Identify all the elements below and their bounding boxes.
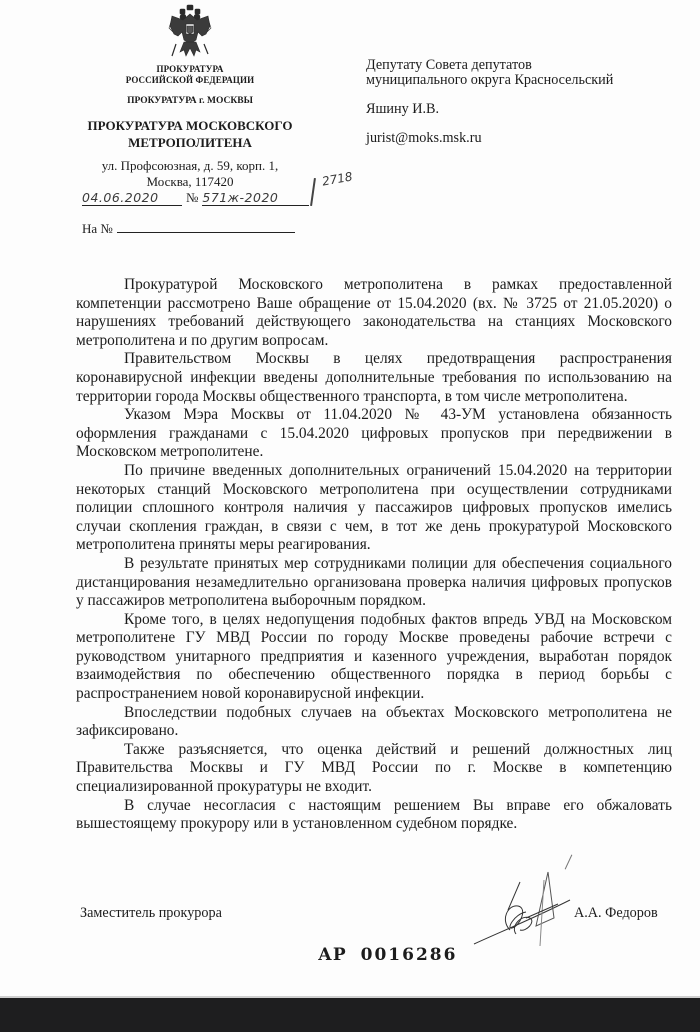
reply-to-blank-line bbox=[117, 220, 295, 233]
divider-stroke bbox=[310, 178, 316, 206]
number-sign: № bbox=[186, 190, 198, 205]
pen-tick-mark bbox=[565, 855, 573, 870]
document-page: ПРОКУРАТУРА РОССИЙСКОЙ ФЕДЕРАЦИИ ПРОКУРА… bbox=[0, 0, 700, 996]
office-address-line1: ул. Профсоюзная, д. 59, корп. 1, bbox=[70, 158, 310, 174]
signatory-title: Заместитель прокурора bbox=[80, 905, 222, 922]
reply-to-label: На № bbox=[82, 221, 113, 236]
addressee-block: Депутату Совета депутатов муниципального… bbox=[366, 58, 613, 146]
body-paragraph: Впоследствии подобных случаев на объекта… bbox=[76, 704, 672, 741]
viewer-bottom-bar bbox=[0, 996, 700, 1032]
letter-body: Прокуратурой Московского метрополитена в… bbox=[76, 276, 672, 834]
addressee-line2: муниципального округа Красносельский bbox=[366, 73, 613, 88]
body-paragraph: В случае несогласия с настоящим решением… bbox=[76, 797, 672, 834]
body-paragraph: Правительством Москвы в целях предотвращ… bbox=[76, 350, 672, 406]
body-paragraph: В результате принятых мер сотрудниками п… bbox=[76, 555, 672, 611]
office-name-line2: МЕТРОПОЛИТЕНА bbox=[70, 134, 310, 151]
body-paragraph: Также разъясняется, что оценка действий … bbox=[76, 741, 672, 797]
letterhead: ПРОКУРАТУРА РОССИЙСКОЙ ФЕДЕРАЦИИ ПРОКУРА… bbox=[70, 4, 310, 190]
agency-name-line1: ПРОКУРАТУРА bbox=[70, 64, 310, 75]
city-prosecutor-name: ПРОКУРАТУРА г. МОСКВЫ bbox=[70, 96, 310, 106]
outgoing-date: 04.06.2020 bbox=[82, 191, 182, 206]
signatory-name: А.А. Федоров bbox=[574, 905, 658, 922]
office-name-line1: ПРОКУРАТУРА МОСКОВСКОГО bbox=[70, 117, 310, 134]
addressee-line1: Депутату Совета депутатов bbox=[366, 58, 613, 73]
agency-name-line2: РОССИЙСКОЙ ФЕДЕРАЦИИ bbox=[70, 75, 310, 86]
body-paragraph: Указом Мэра Москвы от 11.04.2020 № 43-УМ… bbox=[76, 406, 672, 462]
body-paragraph: По причине введенных дополнительных огра… bbox=[76, 462, 672, 555]
addressee-name: Яшину И.В. bbox=[366, 102, 613, 117]
handwritten-signature-icon bbox=[470, 870, 580, 950]
body-paragraph: Кроме того, в целях недопущения подобных… bbox=[76, 611, 672, 704]
russian-coat-of-arms-icon bbox=[168, 4, 212, 60]
serial-series: АР bbox=[318, 945, 347, 965]
serial-number: 0016286 bbox=[361, 945, 458, 965]
outgoing-number: 571ж-2020 bbox=[202, 191, 309, 206]
office-address-line2: Москва, 117420 bbox=[70, 174, 310, 190]
registration-row: 04.06.2020№571ж-2020 bbox=[82, 190, 309, 206]
body-paragraph: Прокуратурой Московского метрополитена в… bbox=[76, 276, 672, 350]
addressee-email: jurist@moks.msk.ru bbox=[366, 131, 613, 146]
incoming-number: 2718 bbox=[321, 169, 354, 188]
reply-to-row: На № bbox=[82, 220, 295, 237]
form-serial-number: АР0016286 bbox=[318, 945, 457, 965]
